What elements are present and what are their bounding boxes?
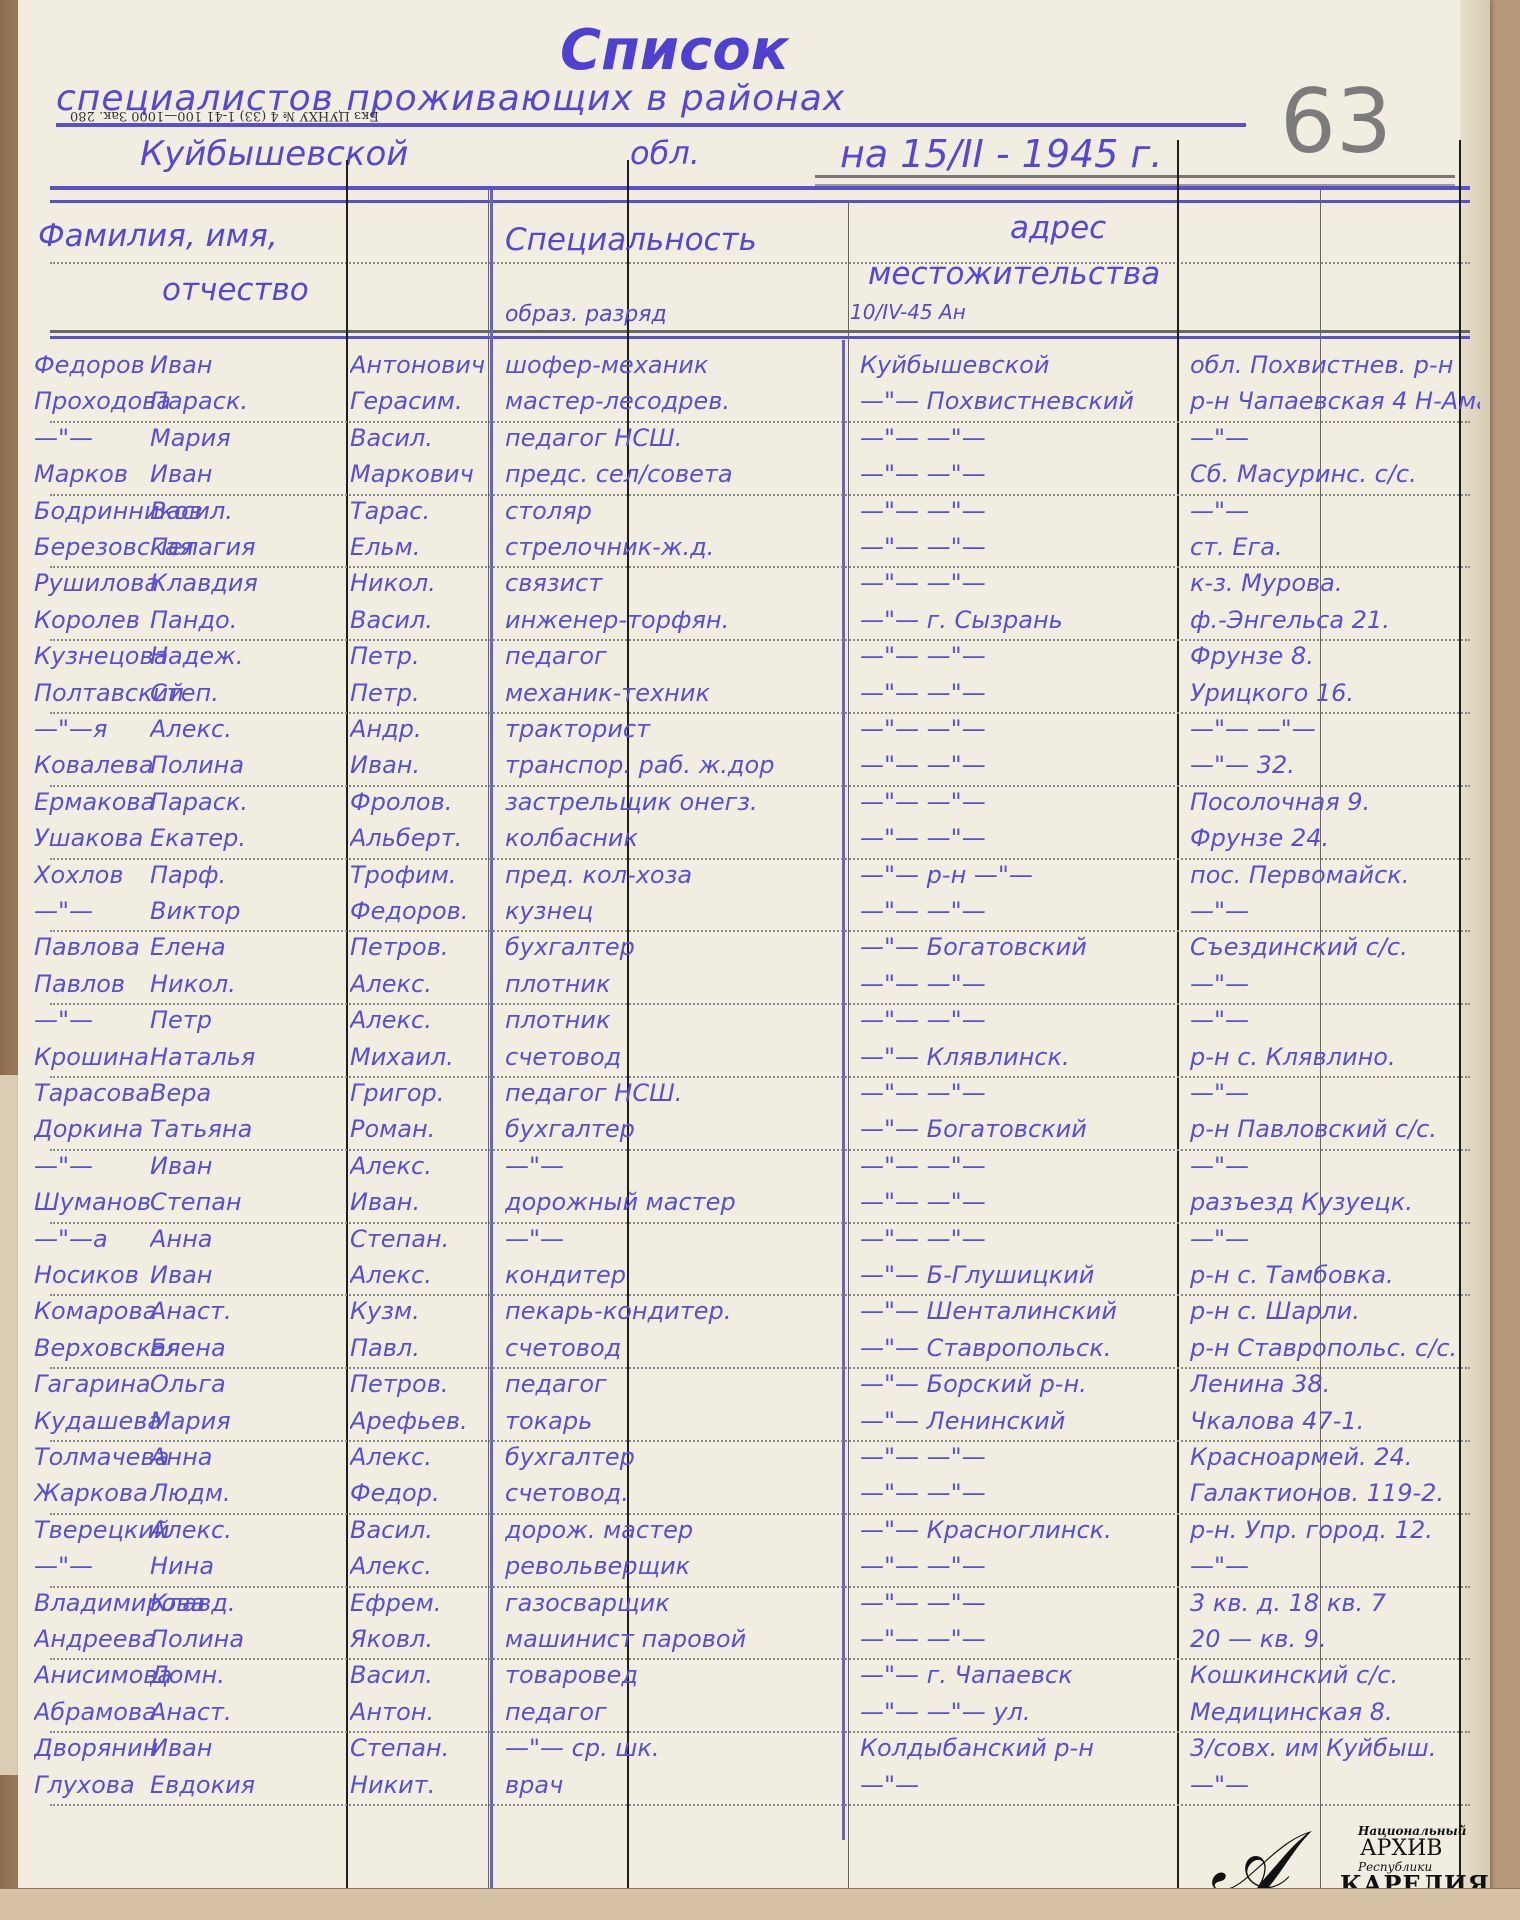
patronymic-cell: Петров. xyxy=(350,932,490,963)
specialty-cell: бухгалтер xyxy=(505,1442,845,1473)
address-locality-cell: пос. Первомайск. xyxy=(1190,860,1480,891)
table-row: ВерховскаяЕленаПавл.счетовод—"— Ставропо… xyxy=(0,1333,1520,1364)
address-district-cell: —"— р-н —"— xyxy=(860,860,1180,891)
address-locality-cell: Сб. Масуринс. с/с. xyxy=(1190,459,1480,490)
given-name-cell: Татьяна xyxy=(150,1114,345,1145)
address-district-cell: —"— xyxy=(860,1770,1180,1801)
address-district-cell: —"— —"— xyxy=(860,1478,1180,1509)
address-district-cell: —"— Ставропольск. xyxy=(860,1333,1180,1364)
address-district-cell: —"— —"— xyxy=(860,714,1180,745)
specialty-cell: счетовод xyxy=(505,1042,845,1073)
address-locality-cell: —"— 32. xyxy=(1190,750,1480,781)
specialty-cell: врач xyxy=(505,1770,845,1801)
given-name-cell: Иван xyxy=(150,1733,345,1764)
address-district-cell: —"— Шенталинский xyxy=(860,1296,1180,1327)
given-name-cell: Анна xyxy=(150,1442,345,1473)
row-divider xyxy=(50,930,1470,932)
row-divider xyxy=(50,1513,1470,1515)
patronymic-cell: Петр. xyxy=(350,641,490,672)
patronymic-cell: Трофим. xyxy=(350,860,490,891)
specialty-cell: револьверщик xyxy=(505,1551,845,1582)
specialty-cell: токарь xyxy=(505,1406,845,1437)
given-name-cell: Иван xyxy=(150,1260,345,1291)
address-district-cell: —"— Похвистневский xyxy=(860,386,1180,417)
given-name-cell: Надеж. xyxy=(150,641,345,672)
patronymic-cell: Федор. xyxy=(350,1478,490,1509)
patronymic-cell: Антон. xyxy=(350,1697,490,1728)
given-name-cell: Ольга xyxy=(150,1369,345,1400)
table-row: КудашеваМарияАрефьев.токарь—"— Ленинский… xyxy=(0,1406,1520,1437)
document-title: Список xyxy=(560,18,789,83)
specialty-cell: педагог xyxy=(505,641,845,672)
row-divider xyxy=(50,1076,1470,1078)
address-locality-cell: Галактионов. 119-2. xyxy=(1190,1478,1480,1509)
table-row: КовалеваПолинаИван.транспор. раб. ж.дор—… xyxy=(0,750,1520,781)
row-divider xyxy=(50,421,1470,423)
address-locality-cell: р-н. Упр. город. 12. xyxy=(1190,1515,1480,1546)
specialty-cell: транспор. раб. ж.дор xyxy=(505,750,845,781)
given-name-cell: Степ. xyxy=(150,678,345,709)
given-name-cell: Степан xyxy=(150,1187,345,1218)
address-locality-cell: ст. Ега. xyxy=(1190,532,1480,563)
given-name-cell: Мария xyxy=(150,423,345,454)
table-row: БодринниковВасил.Тарас.столяр—"— —"——"— xyxy=(0,496,1520,527)
address-district-cell: —"— —"— xyxy=(860,787,1180,818)
table-row: КрошинаНатальяМихаил.счетовод—"— Клявлин… xyxy=(0,1042,1520,1073)
row-divider xyxy=(50,1222,1470,1224)
specialty-cell: педагог НСШ. xyxy=(505,1078,845,1109)
table-row: АндрееваПолинаЯковл.машинист паровой—"— … xyxy=(0,1624,1520,1655)
table-row: ТарасоваВераГригор.педагог НСШ.—"— —"——"… xyxy=(0,1078,1520,1109)
row-divider xyxy=(50,1440,1470,1442)
patronymic-cell: Степан. xyxy=(350,1224,490,1255)
specialty-cell: педагог НСШ. xyxy=(505,423,845,454)
table-row: БерезовскаяПелагияЕльм.стрелочник-ж.д.—"… xyxy=(0,532,1520,563)
patronymic-cell: Алекс. xyxy=(350,1551,490,1582)
patronymic-cell: Андр. xyxy=(350,714,490,745)
given-name-cell: Евдокия xyxy=(150,1770,345,1801)
patronymic-cell: Ельм. xyxy=(350,532,490,563)
address-locality-cell: к-з. Мурова. xyxy=(1190,568,1480,599)
address-district-cell: —"— —"— xyxy=(860,1551,1180,1582)
table-row: КомароваАнаст.Кузм.пекарь-кондитер.—"— Ш… xyxy=(0,1296,1520,1327)
address-locality-cell: Ленина 38. xyxy=(1190,1369,1480,1400)
address-locality-cell: —"— xyxy=(1190,496,1480,527)
address-locality-cell: Медицинская 8. xyxy=(1190,1697,1480,1728)
specialty-cell: пред. кол-хоза xyxy=(505,860,845,891)
address-locality-cell: —"— xyxy=(1190,1551,1480,1582)
address-district-cell: —"— —"— xyxy=(860,1078,1180,1109)
given-name-cell: Анаст. xyxy=(150,1296,345,1327)
specialty-cell: тракторист xyxy=(505,714,845,745)
address-locality-cell: Красноармей. 24. xyxy=(1190,1442,1480,1473)
specialty-cell: застрельщик онегз. xyxy=(505,787,845,818)
address-locality-cell: Урицкого 16. xyxy=(1190,678,1480,709)
address-locality-cell: р-н Ставропольс. с/с. xyxy=(1190,1333,1480,1364)
address-locality-cell: 3/совх. им Куйбыш. xyxy=(1190,1733,1480,1764)
region-suffix: обл. xyxy=(630,134,700,172)
patronymic-cell: Иван. xyxy=(350,750,490,781)
address-district-cell: —"— г. Чапаевск xyxy=(860,1660,1180,1691)
given-name-cell: Людм. xyxy=(150,1478,345,1509)
specialty-cell: педагог xyxy=(505,1369,845,1400)
patronymic-cell: Ефрем. xyxy=(350,1588,490,1619)
table-row: УшаковаЕкатер.Альберт.колбасник—"— —"—Фр… xyxy=(0,823,1520,854)
row-divider xyxy=(50,1003,1470,1005)
header-divider xyxy=(50,262,1470,264)
address-district-cell: —"— Ленинский xyxy=(860,1406,1180,1437)
address-locality-cell: Кошкинский с/с. xyxy=(1190,1660,1480,1691)
address-district-cell: —"— —"— xyxy=(860,823,1180,854)
given-name-cell: Иван xyxy=(150,1151,345,1182)
patronymic-cell: Никит. xyxy=(350,1770,490,1801)
table-row: —"—ИванАлекс.—"——"— —"——"— xyxy=(0,1151,1520,1182)
row-divider xyxy=(50,858,1470,860)
specialty-cell: счетовод xyxy=(505,1333,845,1364)
specialty-cell: бухгалтер xyxy=(505,1114,845,1145)
table-row: ДоркинаТатьянаРоман.бухгалтер—"— Богатов… xyxy=(0,1114,1520,1145)
specialty-cell: —"— xyxy=(505,1224,845,1255)
table-row: —"—ВикторФедоров.кузнец—"— —"——"— xyxy=(0,896,1520,927)
given-name-cell: Клавдия xyxy=(150,568,345,599)
specialty-cell: товаровед xyxy=(505,1660,845,1691)
address-district-cell: —"— —"— xyxy=(860,1187,1180,1218)
header-specialty: Специальность xyxy=(505,222,757,258)
given-name-cell: Пелагия xyxy=(150,532,345,563)
given-name-cell: Анаст. xyxy=(150,1697,345,1728)
specialty-cell: шофер-механик xyxy=(505,350,845,381)
torn-page-bottom xyxy=(0,1888,1520,1920)
header-address-line1: адрес xyxy=(1010,210,1106,246)
given-name-cell: Елена xyxy=(150,1333,345,1364)
address-district-cell: —"— —"— xyxy=(860,496,1180,527)
address-district-cell: —"— —"— xyxy=(860,1624,1180,1655)
given-name-cell: Петр xyxy=(150,1005,345,1036)
given-name-cell: Мария xyxy=(150,1406,345,1437)
given-name-cell: Полина xyxy=(150,1624,345,1655)
specialty-cell: —"— xyxy=(505,1151,845,1182)
address-district-cell: —"— —"— xyxy=(860,1151,1180,1182)
row-divider xyxy=(50,566,1470,568)
address-locality-cell: —"— xyxy=(1190,1005,1480,1036)
table-row: РушиловаКлавдияНикол.связист—"— —"—к-з. … xyxy=(0,568,1520,599)
address-locality-cell: р-н с. Шарли. xyxy=(1190,1296,1480,1327)
row-divider xyxy=(50,1586,1470,1588)
address-district-cell: —"— Клявлинск. xyxy=(860,1042,1180,1073)
address-locality-cell: разъезд Кузуецк. xyxy=(1190,1187,1480,1218)
address-district-cell: —"— —"— xyxy=(860,568,1180,599)
patronymic-cell: Васил. xyxy=(350,1660,490,1691)
patronymic-cell: Алекс. xyxy=(350,1005,490,1036)
header-name-line1: Фамилия, имя, xyxy=(38,218,278,254)
address-district-cell: —"— —"— xyxy=(860,1005,1180,1036)
patronymic-cell: Павл. xyxy=(350,1333,490,1364)
patronymic-cell: Степан. xyxy=(350,1733,490,1764)
row-divider xyxy=(50,1658,1470,1660)
address-locality-cell: —"— xyxy=(1190,1078,1480,1109)
address-district-cell: —"— Богатовский xyxy=(860,1114,1180,1145)
patronymic-cell: Петр. xyxy=(350,678,490,709)
given-name-cell: Алекс. xyxy=(150,1515,345,1546)
table-row: ПавловаЕленаПетров.бухгалтер—"— Богатовс… xyxy=(0,932,1520,963)
patronymic-cell: Алекс. xyxy=(350,1260,490,1291)
address-district-cell: —"— Борский р-н. xyxy=(860,1369,1180,1400)
specialty-cell: дорож. мастер xyxy=(505,1515,845,1546)
specialty-cell: кузнец xyxy=(505,896,845,927)
address-district-cell: —"— —"— xyxy=(860,459,1180,490)
table-row: —"—ПетрАлекс.плотник—"— —"——"— xyxy=(0,1005,1520,1036)
given-name-cell: Иван xyxy=(150,459,345,490)
patronymic-cell: Фролов. xyxy=(350,787,490,818)
patronymic-cell: Маркович xyxy=(350,459,490,490)
print-stamp: Бкз ЦУНХУ № 4 (33) 1-41 100—1000 Зак. 28… xyxy=(70,108,379,123)
specialty-cell: предс. сел/совета xyxy=(505,459,845,490)
table-row: ЕрмаковаПараск.Фролов.застрельщик онегз.… xyxy=(0,787,1520,818)
address-locality-cell: —"— xyxy=(1190,969,1480,1000)
address-locality-cell: —"— xyxy=(1190,423,1480,454)
patronymic-cell: Алекс. xyxy=(350,1151,490,1182)
row-divider xyxy=(50,712,1470,714)
table-row: —"—аАннаСтепан.—"——"— —"——"— xyxy=(0,1224,1520,1255)
table-row: НосиковИванАлекс.кондитер—"— Б-Глушицкий… xyxy=(0,1260,1520,1291)
address-district-cell: —"— —"— xyxy=(860,1442,1180,1473)
given-name-cell: Никол. xyxy=(150,969,345,1000)
address-district-cell: —"— —"— xyxy=(860,969,1180,1000)
given-name-cell: Полина xyxy=(150,750,345,781)
given-name-cell: Пандо. xyxy=(150,605,345,636)
patronymic-cell: Арефьев. xyxy=(350,1406,490,1437)
logo-line-2: АРХИВ xyxy=(1360,1836,1442,1861)
given-name-cell: Елена xyxy=(150,932,345,963)
table-row: МарковИванМарковичпредс. сел/совета—"— —… xyxy=(0,459,1520,490)
header-specialty-sub: образ. разряд xyxy=(505,302,667,327)
address-locality-cell: Чкалова 47-1. xyxy=(1190,1406,1480,1437)
patronymic-cell: Федоров. xyxy=(350,896,490,927)
row-divider xyxy=(50,1804,1470,1806)
patronymic-cell: Григор. xyxy=(350,1078,490,1109)
address-district-cell: —"— г. Сызрань xyxy=(860,605,1180,636)
given-name-cell: Клавд. xyxy=(150,1588,345,1619)
table-row: КоролевПандо.Васил.инженер-торфян.—"— г.… xyxy=(0,605,1520,636)
document-date: на 15/II - 1945 г. xyxy=(840,132,1162,176)
table-row: ДворянинИванСтепан.—"— ср. шк.Колдыбанск… xyxy=(0,1733,1520,1764)
specialty-cell: счетовод. xyxy=(505,1478,845,1509)
address-district-cell: —"— —"— xyxy=(860,750,1180,781)
table-row: ПроходоваПараск.Герасим.мастер-лесодрев.… xyxy=(0,386,1520,417)
patronymic-cell: Никол. xyxy=(350,568,490,599)
address-district-cell: Куйбышевской xyxy=(860,350,1180,381)
date-underline xyxy=(815,175,1455,186)
table-row: ГлуховаЕвдокияНикит.врач—"——"— xyxy=(0,1770,1520,1801)
given-name-cell: Парф. xyxy=(150,860,345,891)
given-name-cell: Виктор xyxy=(150,896,345,927)
table-row: КузнецоваНадеж.Петр.педагог—"— —"—Фрунзе… xyxy=(0,641,1520,672)
address-locality-cell: р-н с. Тамбовка. xyxy=(1190,1260,1480,1291)
row-divider xyxy=(50,1294,1470,1296)
address-locality-cell: р-н Павловский с/с. xyxy=(1190,1114,1480,1145)
specialty-cell: кондитер xyxy=(505,1260,845,1291)
address-locality-cell: —"— xyxy=(1190,1151,1480,1182)
address-locality-cell: обл. Похвистнев. р-н xyxy=(1190,350,1480,381)
patronymic-cell: Алекс. xyxy=(350,1442,490,1473)
given-name-cell: Нина xyxy=(150,1551,345,1582)
table-row: АбрамоваАнаст.Антон.педагог—"— —"— ул.Ме… xyxy=(0,1697,1520,1728)
patronymic-cell: Тарас. xyxy=(350,496,490,527)
specialty-cell: бухгалтер xyxy=(505,932,845,963)
given-name-cell: Анна xyxy=(150,1224,345,1255)
patronymic-cell: Михаил. xyxy=(350,1042,490,1073)
patronymic-cell: Иван. xyxy=(350,1187,490,1218)
row-divider xyxy=(50,785,1470,787)
address-locality-cell: Посолочная 9. xyxy=(1190,787,1480,818)
header-bottom-rule-2 xyxy=(50,336,1470,339)
address-locality-cell: 3 кв. д. 18 кв. 7 xyxy=(1190,1588,1480,1619)
patronymic-cell: Петров. xyxy=(350,1369,490,1400)
specialty-cell: инженер-торфян. xyxy=(505,605,845,636)
table-row: ГагаринаОльгаПетров.педагог—"— Борский р… xyxy=(0,1369,1520,1400)
address-district-cell: —"— —"— xyxy=(860,532,1180,563)
address-district-cell: —"— —"— xyxy=(860,641,1180,672)
address-district-cell: —"— —"— xyxy=(860,1588,1180,1619)
address-locality-cell: —"— xyxy=(1190,1224,1480,1255)
given-name-cell: Васил. xyxy=(150,496,345,527)
table-row: АнисимоваДомн.Васил.товаровед—"— г. Чапа… xyxy=(0,1660,1520,1691)
address-district-cell: —"— —"— xyxy=(860,678,1180,709)
specialty-cell: плотник xyxy=(505,969,845,1000)
table-row: ЖарковаЛюдм.Федор.счетовод.—"— —"—Галакт… xyxy=(0,1478,1520,1509)
table-top-rule xyxy=(50,186,1470,190)
region-name: Куйбышевской xyxy=(140,134,408,174)
given-name-cell: Иван xyxy=(150,350,345,381)
patronymic-cell: Кузм. xyxy=(350,1296,490,1327)
patronymic-cell: Васил. xyxy=(350,1515,490,1546)
address-locality-cell: Фрунзе 24. xyxy=(1190,823,1480,854)
patronymic-cell: Васил. xyxy=(350,605,490,636)
specialty-cell: столяр xyxy=(505,496,845,527)
header-name-line2: отчество xyxy=(162,272,309,308)
address-locality-cell: —"— —"— xyxy=(1190,714,1480,745)
table-row: ТолмачеваАннаАлекс.бухгалтер—"— —"—Красн… xyxy=(0,1442,1520,1473)
page-number: 63 xyxy=(1280,70,1392,173)
table-row: ПавловНикол.Алекс.плотник—"— —"——"— xyxy=(0,969,1520,1000)
address-locality-cell: ф.-Энгельса 21. xyxy=(1190,605,1480,636)
specialty-cell: связист xyxy=(505,568,845,599)
given-name-cell: Параск. xyxy=(150,386,345,417)
given-name-cell: Наталья xyxy=(150,1042,345,1073)
given-name-cell: Екатер. xyxy=(150,823,345,854)
address-locality-cell: р-н с. Клявлино. xyxy=(1190,1042,1480,1073)
address-district-cell: —"— —"— ул. xyxy=(860,1697,1180,1728)
row-divider xyxy=(50,639,1470,641)
table-row: ТверецкийАлекс.Васил.дорож. мастер—"— Кр… xyxy=(0,1515,1520,1546)
table-row: —"—НинаАлекс.револьверщик—"— —"——"— xyxy=(0,1551,1520,1582)
table-row: —"—яАлекс.Андр.тракторист—"— —"——"— —"— xyxy=(0,714,1520,745)
address-district-cell: —"— —"— xyxy=(860,1224,1180,1255)
patronymic-cell: Алекс. xyxy=(350,969,490,1000)
address-district-cell: —"— —"— xyxy=(860,423,1180,454)
table-row: ШумановСтепанИван.дорожный мастер—"— —"—… xyxy=(0,1187,1520,1218)
row-divider xyxy=(50,1731,1470,1733)
patronymic-cell: Яковл. xyxy=(350,1624,490,1655)
specialty-cell: газосварщик xyxy=(505,1588,845,1619)
specialty-cell: педагог xyxy=(505,1697,845,1728)
given-name-cell: Вера xyxy=(150,1078,345,1109)
patronymic-cell: Васил. xyxy=(350,423,490,454)
table-row: ФедоровИванАнтоновичшофер-механикКуйбыше… xyxy=(0,350,1520,381)
specialty-cell: механик-техник xyxy=(505,678,845,709)
address-district-cell: —"— Б-Глушицкий xyxy=(860,1260,1180,1291)
table-row: ВладимироваКлавд.Ефрем.газосварщик—"— —"… xyxy=(0,1588,1520,1619)
table-top-rule-2 xyxy=(50,200,1470,203)
address-district-cell: —"— Красноглинск. xyxy=(860,1515,1180,1546)
address-district-cell: Колдыбанский р-н xyxy=(860,1733,1180,1764)
row-divider xyxy=(50,494,1470,496)
specialty-cell: стрелочник-ж.д. xyxy=(505,532,845,563)
row-divider xyxy=(50,1149,1470,1151)
patronymic-cell: Антонович xyxy=(350,350,490,381)
header-bottom-rule xyxy=(50,330,1470,333)
given-name-cell: Домн. xyxy=(150,1660,345,1691)
row-divider xyxy=(50,1367,1470,1369)
specialty-cell: дорожный мастер xyxy=(505,1187,845,1218)
address-district-cell: —"— —"— xyxy=(860,896,1180,927)
given-name-cell: Параск. xyxy=(150,787,345,818)
address-locality-cell: 20 — кв. 9. xyxy=(1190,1624,1480,1655)
specialty-cell: —"— ср. шк. xyxy=(505,1733,845,1764)
address-locality-cell: р-н Чапаевская 4 Н-Аманак xyxy=(1190,386,1480,417)
patronymic-cell: Герасим. xyxy=(350,386,490,417)
address-locality-cell: —"— xyxy=(1190,1770,1480,1801)
specialty-cell: мастер-лесодрев. xyxy=(505,386,845,417)
patronymic-cell: Альберт. xyxy=(350,823,490,854)
table-row: ПолтавскийСтеп.Петр.механик-техник—"— —"… xyxy=(0,678,1520,709)
address-locality-cell: Съездинский с/с. xyxy=(1190,932,1480,963)
specialty-cell: машинист паровой xyxy=(505,1624,845,1655)
table-row: —"—МарияВасил.педагог НСШ.—"— —"——"— xyxy=(0,423,1520,454)
header-address-line2: местожительства xyxy=(868,256,1160,292)
specialty-cell: плотник xyxy=(505,1005,845,1036)
patronymic-cell: Роман. xyxy=(350,1114,490,1145)
address-locality-cell: Фрунзе 8. xyxy=(1190,641,1480,672)
table-row: ХохловПарф.Трофим.пред. кол-хоза—"— р-н … xyxy=(0,860,1520,891)
header-address-sub: 10/IV-45 Ан xyxy=(850,300,966,324)
address-locality-cell: —"— xyxy=(1190,896,1480,927)
specialty-cell: пекарь-кондитер. xyxy=(505,1296,845,1327)
address-district-cell: —"— Богатовский xyxy=(860,932,1180,963)
given-name-cell: Алекс. xyxy=(150,714,345,745)
specialty-cell: колбасник xyxy=(505,823,845,854)
